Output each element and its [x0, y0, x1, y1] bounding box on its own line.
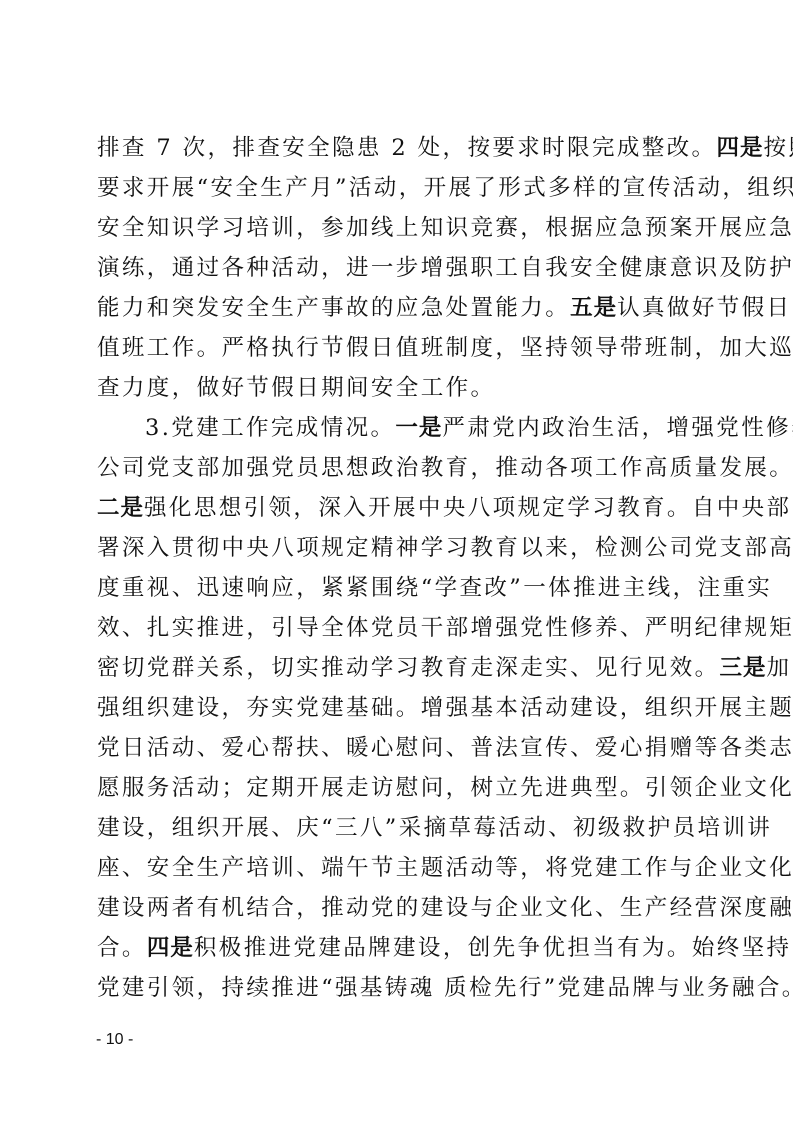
line-text: 强化思想引领，深入开展中央八项规定学习教育。自中央部	[144, 495, 791, 521]
line-text: 能力和突发安全生产事故的应急处置能力。	[97, 295, 570, 321]
line-text: 度重视、迅速响应，紧紧围绕“学查改”一体推进主线，注重实	[97, 575, 772, 601]
line-text: 演练，通过各种活动，进一步增强职工自我安全健康意识及防护	[97, 255, 793, 281]
line-text: 效、扎实推进，引导全体党员干部增强党性修养、严明纪律规矩、	[97, 615, 793, 641]
line-text: 公司党支部加强党员思想政治教育，推动各项工作高质量发展。	[97, 455, 793, 481]
line-text: 查力度，做好节假日期间安全工作。	[97, 375, 495, 401]
page-number: - 10 -	[96, 1031, 133, 1049]
line-text: 建设，组织开展、庆“三八”采摘草莓活动、初级救护员培训讲	[97, 815, 772, 841]
text-line: 值班工作。严格执行节假日值班制度，坚持领导带班制，加大巡	[97, 328, 707, 368]
line-text: 建设两者有机结合，推动党的建设与企业文化、生产经营深度融	[97, 895, 793, 921]
text-line: 党建引领，持续推进“强基铸魂 质检先行”党建品牌与业务融合。	[97, 968, 707, 1008]
line-text: 愿服务活动；定期开展走访慰问，树立先进典型。引领企业文化	[97, 775, 793, 801]
line-text: 按照	[763, 135, 793, 161]
text-line: 效、扎实推进，引导全体党员干部增强党性修养、严明纪律规矩、	[97, 608, 707, 648]
text-line: 署深入贯彻中央八项规定精神学习教育以来，检测公司党支部高	[97, 528, 707, 568]
text-line: 建设，组织开展、庆“三八”采摘草莓活动、初级救护员培训讲	[97, 808, 707, 848]
text-line: 合。四是积极推进党建品牌建设，创先争优担当有为。始终坚持	[97, 928, 707, 968]
text-line: 座、安全生产培训、端午节主题活动等，将党建工作与企业文化	[97, 848, 707, 888]
line-text: 积极推进党建品牌建设，创先争优担当有为。始终坚持	[194, 935, 792, 961]
bold-keyword: 四是	[147, 935, 194, 961]
line-text: 安全知识学习培训，参加线上知识竞赛，根据应急预案开展应急	[97, 215, 793, 241]
text-line: 演练，通过各种活动，进一步增强职工自我安全健康意识及防护	[97, 248, 707, 288]
line-text: 署深入贯彻中央八项规定精神学习教育以来，检测公司党支部高	[97, 535, 793, 561]
line-text: 值班工作。严格执行节假日值班制度，坚持领导带班制，加大巡	[97, 335, 793, 361]
text-line: 排查 7 次，排查安全隐患 2 处，按要求时限完成整改。四是按照	[97, 128, 707, 168]
line-text: 3.党建工作完成情况。	[145, 415, 395, 441]
line-text: 认真做好节假日	[617, 295, 791, 321]
text-line: 密切党群关系，切实推动学习教育走深走实、见行见效。三是加	[97, 648, 707, 688]
bold-keyword: 一是	[395, 415, 442, 441]
body-text: 排查 7 次，排查安全隐患 2 处，按要求时限完成整改。四是按照要求开展“安全生…	[97, 128, 707, 1008]
bold-keyword: 三是	[720, 655, 767, 681]
line-text: 党日活动、爱心帮扶、暖心慰问、普法宣传、爱心捐赠等各类志	[97, 735, 793, 761]
line-text: 党建引领，持续推进“强基铸魂 质检先行”党建品牌与业务融合。	[97, 975, 793, 1001]
line-text: 要求开展“安全生产月”活动，开展了形式多样的宣传活动，组织	[97, 175, 793, 201]
text-line: 安全知识学习培训，参加线上知识竞赛，根据应急预案开展应急	[97, 208, 707, 248]
text-line: 二是强化思想引领，深入开展中央八项规定学习教育。自中央部	[97, 488, 707, 528]
text-line: 查力度，做好节假日期间安全工作。	[97, 368, 707, 408]
text-line: 能力和突发安全生产事故的应急处置能力。五是认真做好节假日	[97, 288, 707, 328]
document-page: 排查 7 次，排查安全隐患 2 处，按要求时限完成整改。四是按照要求开展“安全生…	[0, 0, 793, 1122]
line-text: 密切党群关系，切实推动学习教育走深走实、见行见效。	[97, 655, 720, 681]
bold-keyword: 五是	[570, 295, 617, 321]
text-line: 强组织建设，夯实党建基础。增强基本活动建设，组织开展主题	[97, 688, 707, 728]
text-line: 公司党支部加强党员思想政治教育，推动各项工作高质量发展。	[97, 448, 707, 488]
text-line: 党日活动、爱心帮扶、暖心慰问、普法宣传、爱心捐赠等各类志	[97, 728, 707, 768]
text-line: 3.党建工作完成情况。一是严肃党内政治生活，增强党性修养。	[97, 408, 707, 448]
text-line: 度重视、迅速响应，紧紧围绕“学查改”一体推进主线，注重实	[97, 568, 707, 608]
line-text: 加	[767, 655, 792, 681]
line-text: 排查 7 次，排查安全隐患 2 处，按要求时限完成整改。	[97, 135, 716, 161]
line-text: 强组织建设，夯实党建基础。增强基本活动建设，组织开展主题	[97, 695, 793, 721]
line-text: 严肃党内政治生活，增强党性修养。	[442, 415, 793, 441]
line-text: 座、安全生产培训、端午节主题活动等，将党建工作与企业文化	[97, 855, 793, 881]
text-line: 要求开展“安全生产月”活动，开展了形式多样的宣传活动，组织	[97, 168, 707, 208]
line-text: 合。	[97, 935, 147, 961]
text-line: 愿服务活动；定期开展走访慰问，树立先进典型。引领企业文化	[97, 768, 707, 808]
bold-keyword: 四是	[716, 135, 763, 161]
text-line: 建设两者有机结合，推动党的建设与企业文化、生产经营深度融	[97, 888, 707, 928]
bold-keyword: 二是	[97, 495, 144, 521]
